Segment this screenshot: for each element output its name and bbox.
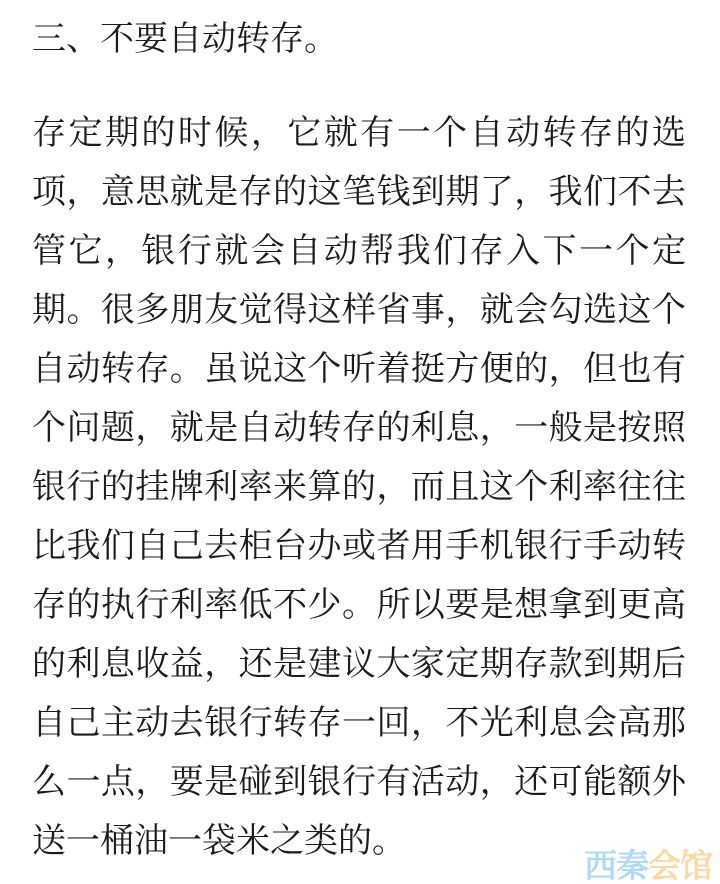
paragraph-line: 银行的挂牌利率来算的，而且这个利率往往 bbox=[32, 458, 686, 517]
watermark: 西秦会馆 bbox=[584, 849, 712, 882]
section-heading: 三、不要自动转存。 bbox=[32, 10, 686, 69]
paragraph-line: 自动转存。虽说这个听着挺方便的，但也有 bbox=[32, 340, 686, 399]
paragraph-line: 期。很多朋友觉得这样省事，就会勾选这个 bbox=[32, 281, 686, 340]
paragraph-line: 比我们自己去柜台办或者用手机银行手动转 bbox=[32, 517, 686, 576]
paragraph-line: 的利息收益，还是建议大家定期存款到期后 bbox=[32, 635, 686, 694]
paragraph: 存定期的时候，它就有一个自动转存的选 项，意思就是存的这笔钱到期了，我们不去 管… bbox=[32, 104, 686, 871]
paragraph-line: 存的执行利率低不少。所以要是想拿到更高 bbox=[32, 576, 686, 635]
watermark-text-blue: 西秦 bbox=[584, 847, 648, 884]
paragraph-line: 项，意思就是存的这笔钱到期了，我们不去 bbox=[32, 163, 686, 222]
watermark-text-orange: 会馆 bbox=[648, 847, 712, 884]
paragraph-line: 个问题，就是自动转存的利息，一般是按照 bbox=[32, 399, 686, 458]
article-body: 三、不要自动转存。 存定期的时候，它就有一个自动转存的选 项，意思就是存的这笔钱… bbox=[0, 0, 720, 871]
paragraph-line: 管它，银行就会自动帮我们存入下一个定 bbox=[32, 222, 686, 281]
paragraph-line: 存定期的时候，它就有一个自动转存的选 bbox=[32, 104, 686, 163]
paragraph-line: 么一点，要是碰到银行有活动，还可能额外 bbox=[32, 753, 686, 812]
paragraph-line: 自己主动去银行转存一回，不光利息会高那 bbox=[32, 694, 686, 753]
